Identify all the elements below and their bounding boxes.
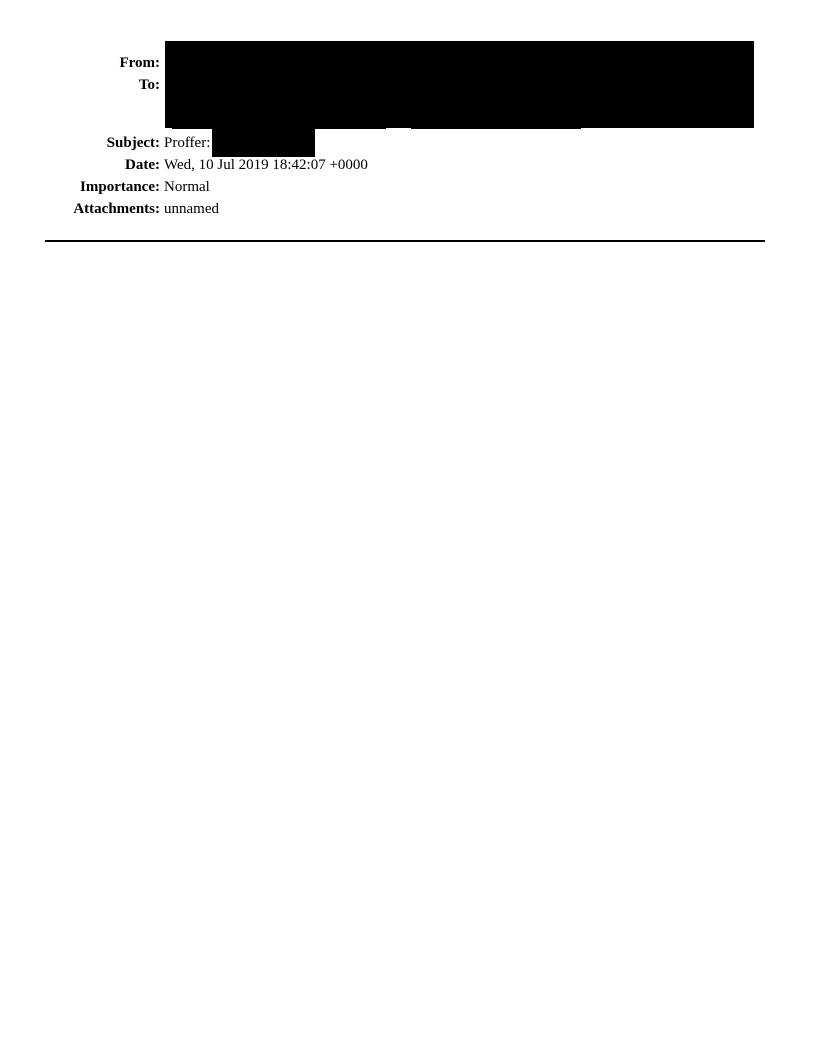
date-label: Date:: [125, 154, 160, 176]
subject-value: Proffer:: [164, 132, 210, 154]
attachments-value: unnamed: [164, 198, 219, 220]
date-row: Date: Wed, 10 Jul 2019 18:42:07 +0000: [0, 154, 816, 176]
redaction-subject: [212, 128, 315, 157]
attachments-label: Attachments:: [73, 198, 160, 220]
importance-value: Normal: [164, 176, 210, 198]
attachments-row: Attachments: unnamed: [0, 198, 816, 220]
from-label: From:: [119, 52, 160, 74]
importance-row: Importance: Normal: [0, 176, 816, 198]
redaction-fragment: [411, 126, 581, 129]
header-divider: [45, 240, 765, 242]
date-value: Wed, 10 Jul 2019 18:42:07 +0000: [164, 154, 368, 176]
redaction-recipients-block: [165, 41, 754, 128]
to-label: To:: [139, 74, 160, 96]
importance-label: Importance:: [80, 176, 160, 198]
subject-label: Subject:: [107, 132, 160, 154]
subject-row: Subject: Proffer:: [0, 132, 816, 154]
